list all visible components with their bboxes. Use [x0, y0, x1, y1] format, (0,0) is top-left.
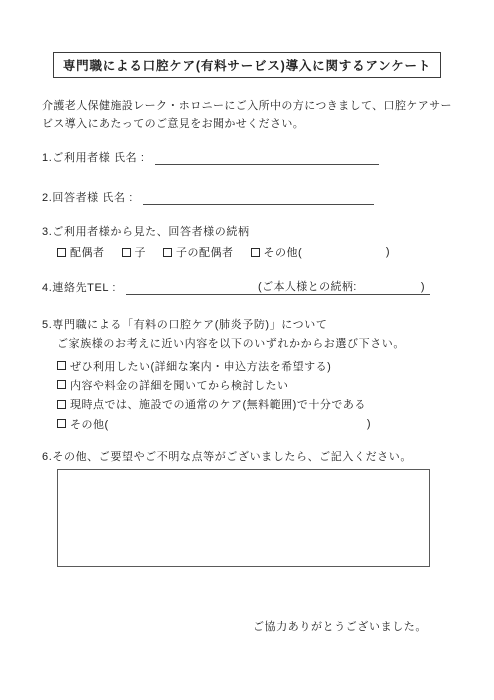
close-paren: )	[386, 246, 390, 258]
q3-option-child: 子	[122, 244, 147, 260]
checkbox-icon[interactable]	[57, 400, 66, 409]
q3-option-other: その他( )	[251, 244, 391, 260]
q3-other-writein[interactable]	[302, 246, 386, 258]
q1-row: 1.ご利用者様 氏名 :	[42, 150, 379, 165]
option-label: 配偶者	[70, 244, 105, 260]
option-label: その他(	[70, 416, 109, 432]
q5-other-writein[interactable]	[109, 418, 367, 430]
close-paren: )	[367, 418, 371, 430]
q1-name-field[interactable]	[155, 150, 379, 165]
option-label: 子の配偶者	[176, 244, 234, 260]
option-label: ぜひ利用したい(詳細な案内・申込方法を希望する)	[70, 358, 331, 374]
q5-option-other: その他( )	[57, 414, 371, 433]
q5-option-want-to-use: ぜひ利用したい(詳細な案内・申込方法を希望する)	[57, 356, 371, 375]
q4-relation-label: (ご本人様との続柄:	[258, 280, 357, 294]
page-title: 専門職による口腔ケア(有料サービス)導入に関するアンケート	[53, 52, 441, 78]
q5-options: ぜひ利用したい(詳細な案内・申込方法を希望する) 内容や料金の詳細を聞いてから検…	[57, 356, 371, 433]
checkbox-icon[interactable]	[122, 248, 131, 257]
q3-option-spouse: 配偶者	[57, 244, 105, 260]
q3-label: 3.ご利用者様から見た、回答者様の続柄	[42, 225, 250, 239]
checkbox-icon[interactable]	[57, 248, 66, 257]
checkbox-icon[interactable]	[163, 248, 172, 257]
q5-option-consider-after-details: 内容や料金の詳細を聞いてから検討したい	[57, 375, 371, 394]
q4-relation-field[interactable]: (ご本人様との続柄: )	[258, 280, 430, 295]
title-row: 専門職による口腔ケア(有料サービス)導入に関するアンケート	[0, 52, 494, 78]
q4-row: 4.連絡先TEL : (ご本人様との続柄: )	[42, 280, 430, 295]
close-paren: )	[421, 280, 430, 294]
option-label: 内容や料金の詳細を聞いてから検討したい	[70, 377, 289, 393]
q1-label: 1.ご利用者様 氏名 :	[42, 151, 145, 165]
q2-name-field[interactable]	[143, 190, 374, 205]
option-label: 子	[135, 244, 147, 260]
checkbox-icon[interactable]	[57, 380, 66, 389]
survey-document: 専門職による口腔ケア(有料サービス)導入に関するアンケート 介護老人保健施設レー…	[0, 0, 494, 700]
q5-label: 5.専門職による「有料の口腔ケア(肺炎予防)」について	[42, 318, 327, 332]
checkbox-icon[interactable]	[57, 361, 66, 370]
q5-option-current-care-enough: 現時点では、施設での通常のケア(無料範囲)で十分である	[57, 395, 371, 414]
option-label: 現時点では、施設での通常のケア(無料範囲)で十分である	[70, 396, 366, 412]
q2-label: 2.回答者様 氏名 :	[42, 191, 133, 205]
q2-row: 2.回答者様 氏名 :	[42, 190, 374, 205]
checkbox-icon[interactable]	[251, 248, 260, 257]
q6-label: 6.その他、ご要望やご不明な点等がございましたら、ご記入ください。	[42, 450, 412, 464]
q5-sublabel: ご家族様のお考えに近い内容を以下のいずれかからお選び下さい。	[57, 337, 405, 351]
option-label: その他(	[264, 244, 303, 260]
q3-options: 配偶者 子 子の配偶者 その他( )	[57, 244, 390, 260]
q4-tel-field[interactable]	[126, 280, 258, 295]
intro-text: 介護老人保健施設レーク・ホロニーにご入所中の方につきまして、口腔ケアサービス導入…	[42, 98, 456, 133]
q6-comment-box[interactable]	[57, 469, 430, 567]
closing-text: ご協力ありがとうございました。	[0, 618, 427, 634]
checkbox-icon[interactable]	[57, 419, 66, 428]
q3-option-child-spouse: 子の配偶者	[163, 244, 234, 260]
q4-label: 4.連絡先TEL :	[42, 281, 116, 295]
